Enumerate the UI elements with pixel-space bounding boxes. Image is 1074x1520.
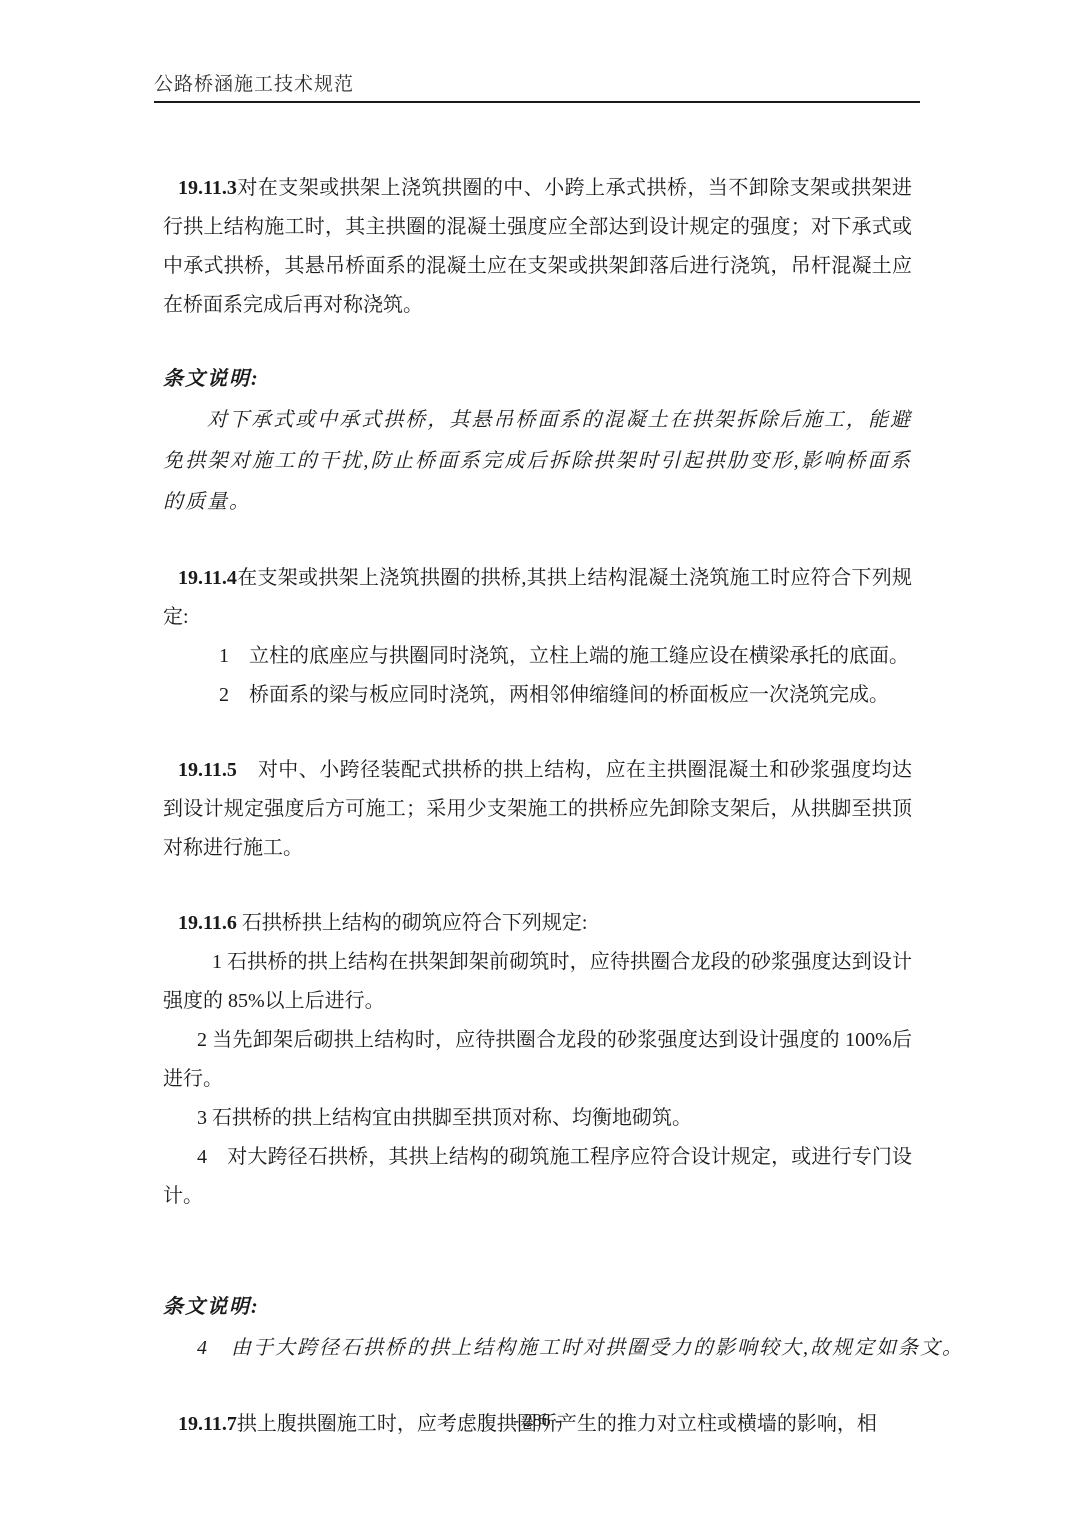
clause-text: 在支架或拱架上浇筑拱圈的拱桥,其拱上结构混凝土浇筑施工时应符合下列规定: bbox=[163, 567, 912, 628]
page-number: - 286 - bbox=[0, 1408, 1074, 1432]
clause-number: 19.11.5 bbox=[178, 759, 237, 781]
document-page: 公路桥涵施工技术规范 19.11.3对在支架或拱架上浇筑拱圈的中、小跨上承式拱桥… bbox=[0, 0, 1074, 1520]
commentary-item-4: 4 由于大跨径石拱桥的拱上结构施工时对拱圈受力的影响较大,故规定如条文。 bbox=[163, 1328, 912, 1369]
list-item-19.11.4-1: 1 立柱的底座应与拱圈同时浇筑，立柱上端的施工缝应设在横梁承托的底面。 bbox=[163, 637, 912, 676]
list-item-19.11.6-3: 3 石拱桥的拱上结构宜由拱脚至拱顶对称、均衡地砌筑。 bbox=[163, 1099, 912, 1138]
commentary-heading-1: 条文说明: bbox=[163, 359, 912, 400]
list-item-19.11.4-2: 2 桥面系的梁与板应同时浇筑，两相邻伸缩缝间的桥面板应一次浇筑完成。 bbox=[163, 676, 912, 715]
list-item-19.11.6-1: 1 石拱桥的拱上结构在拱架卸架前砌筑时，应待拱圈合龙段的砂浆强度达到设计强度的 … bbox=[163, 943, 912, 1021]
clause-19.11.3: 19.11.3对在支架或拱架上浇筑拱圈的中、小跨上承式拱桥，当不卸除支架或拱架进… bbox=[163, 169, 912, 325]
clause-number: 19.11.3 bbox=[178, 177, 237, 199]
commentary-heading-2: 条文说明: bbox=[163, 1287, 912, 1328]
clause-number: 19.11.4 bbox=[178, 567, 237, 589]
clause-text: 对中、小跨径装配式拱桥的拱上结构，应在主拱圈混凝土和砂浆强度均达到设计规定强度后… bbox=[163, 759, 912, 859]
document-body: 19.11.3对在支架或拱架上浇筑拱圈的中、小跨上承式拱桥，当不卸除支架或拱架进… bbox=[163, 169, 912, 1444]
clause-19.11.5: 19.11.5 对中、小跨径装配式拱桥的拱上结构，应在主拱圈混凝土和砂浆强度均达… bbox=[163, 751, 912, 868]
running-header: 公路桥涵施工技术规范 bbox=[154, 74, 920, 103]
clause-text: 对在支架或拱架上浇筑拱圈的中、小跨上承式拱桥，当不卸除支架或拱架进行拱上结构施工… bbox=[163, 177, 912, 316]
document-title: 公路桥涵施工技术规范 bbox=[154, 74, 354, 95]
clause-text: 石拱桥拱上结构的砌筑应符合下列规定: bbox=[237, 912, 588, 934]
clause-number: 19.11.6 bbox=[178, 912, 237, 934]
clause-19.11.4: 19.11.4在支架或拱架上浇筑拱圈的拱桥,其拱上结构混凝土浇筑施工时应符合下列… bbox=[163, 559, 912, 637]
commentary-paragraph-1: 对下承式或中承式拱桥，其悬吊桥面系的混凝土在拱架拆除后施工，能避免拱架对施工的干… bbox=[163, 400, 912, 523]
clause-19.11.6: 19.11.6 石拱桥拱上结构的砌筑应符合下列规定: bbox=[163, 904, 912, 943]
list-item-19.11.6-2: 2 当先卸架后砌拱上结构时，应待拱圈合龙段的砂浆强度达到设计强度的 100%后进… bbox=[163, 1021, 912, 1099]
list-item-19.11.6-4: 4 对大跨径石拱桥，其拱上结构的砌筑施工程序应符合设计规定，或进行专门设计。 bbox=[163, 1138, 912, 1216]
